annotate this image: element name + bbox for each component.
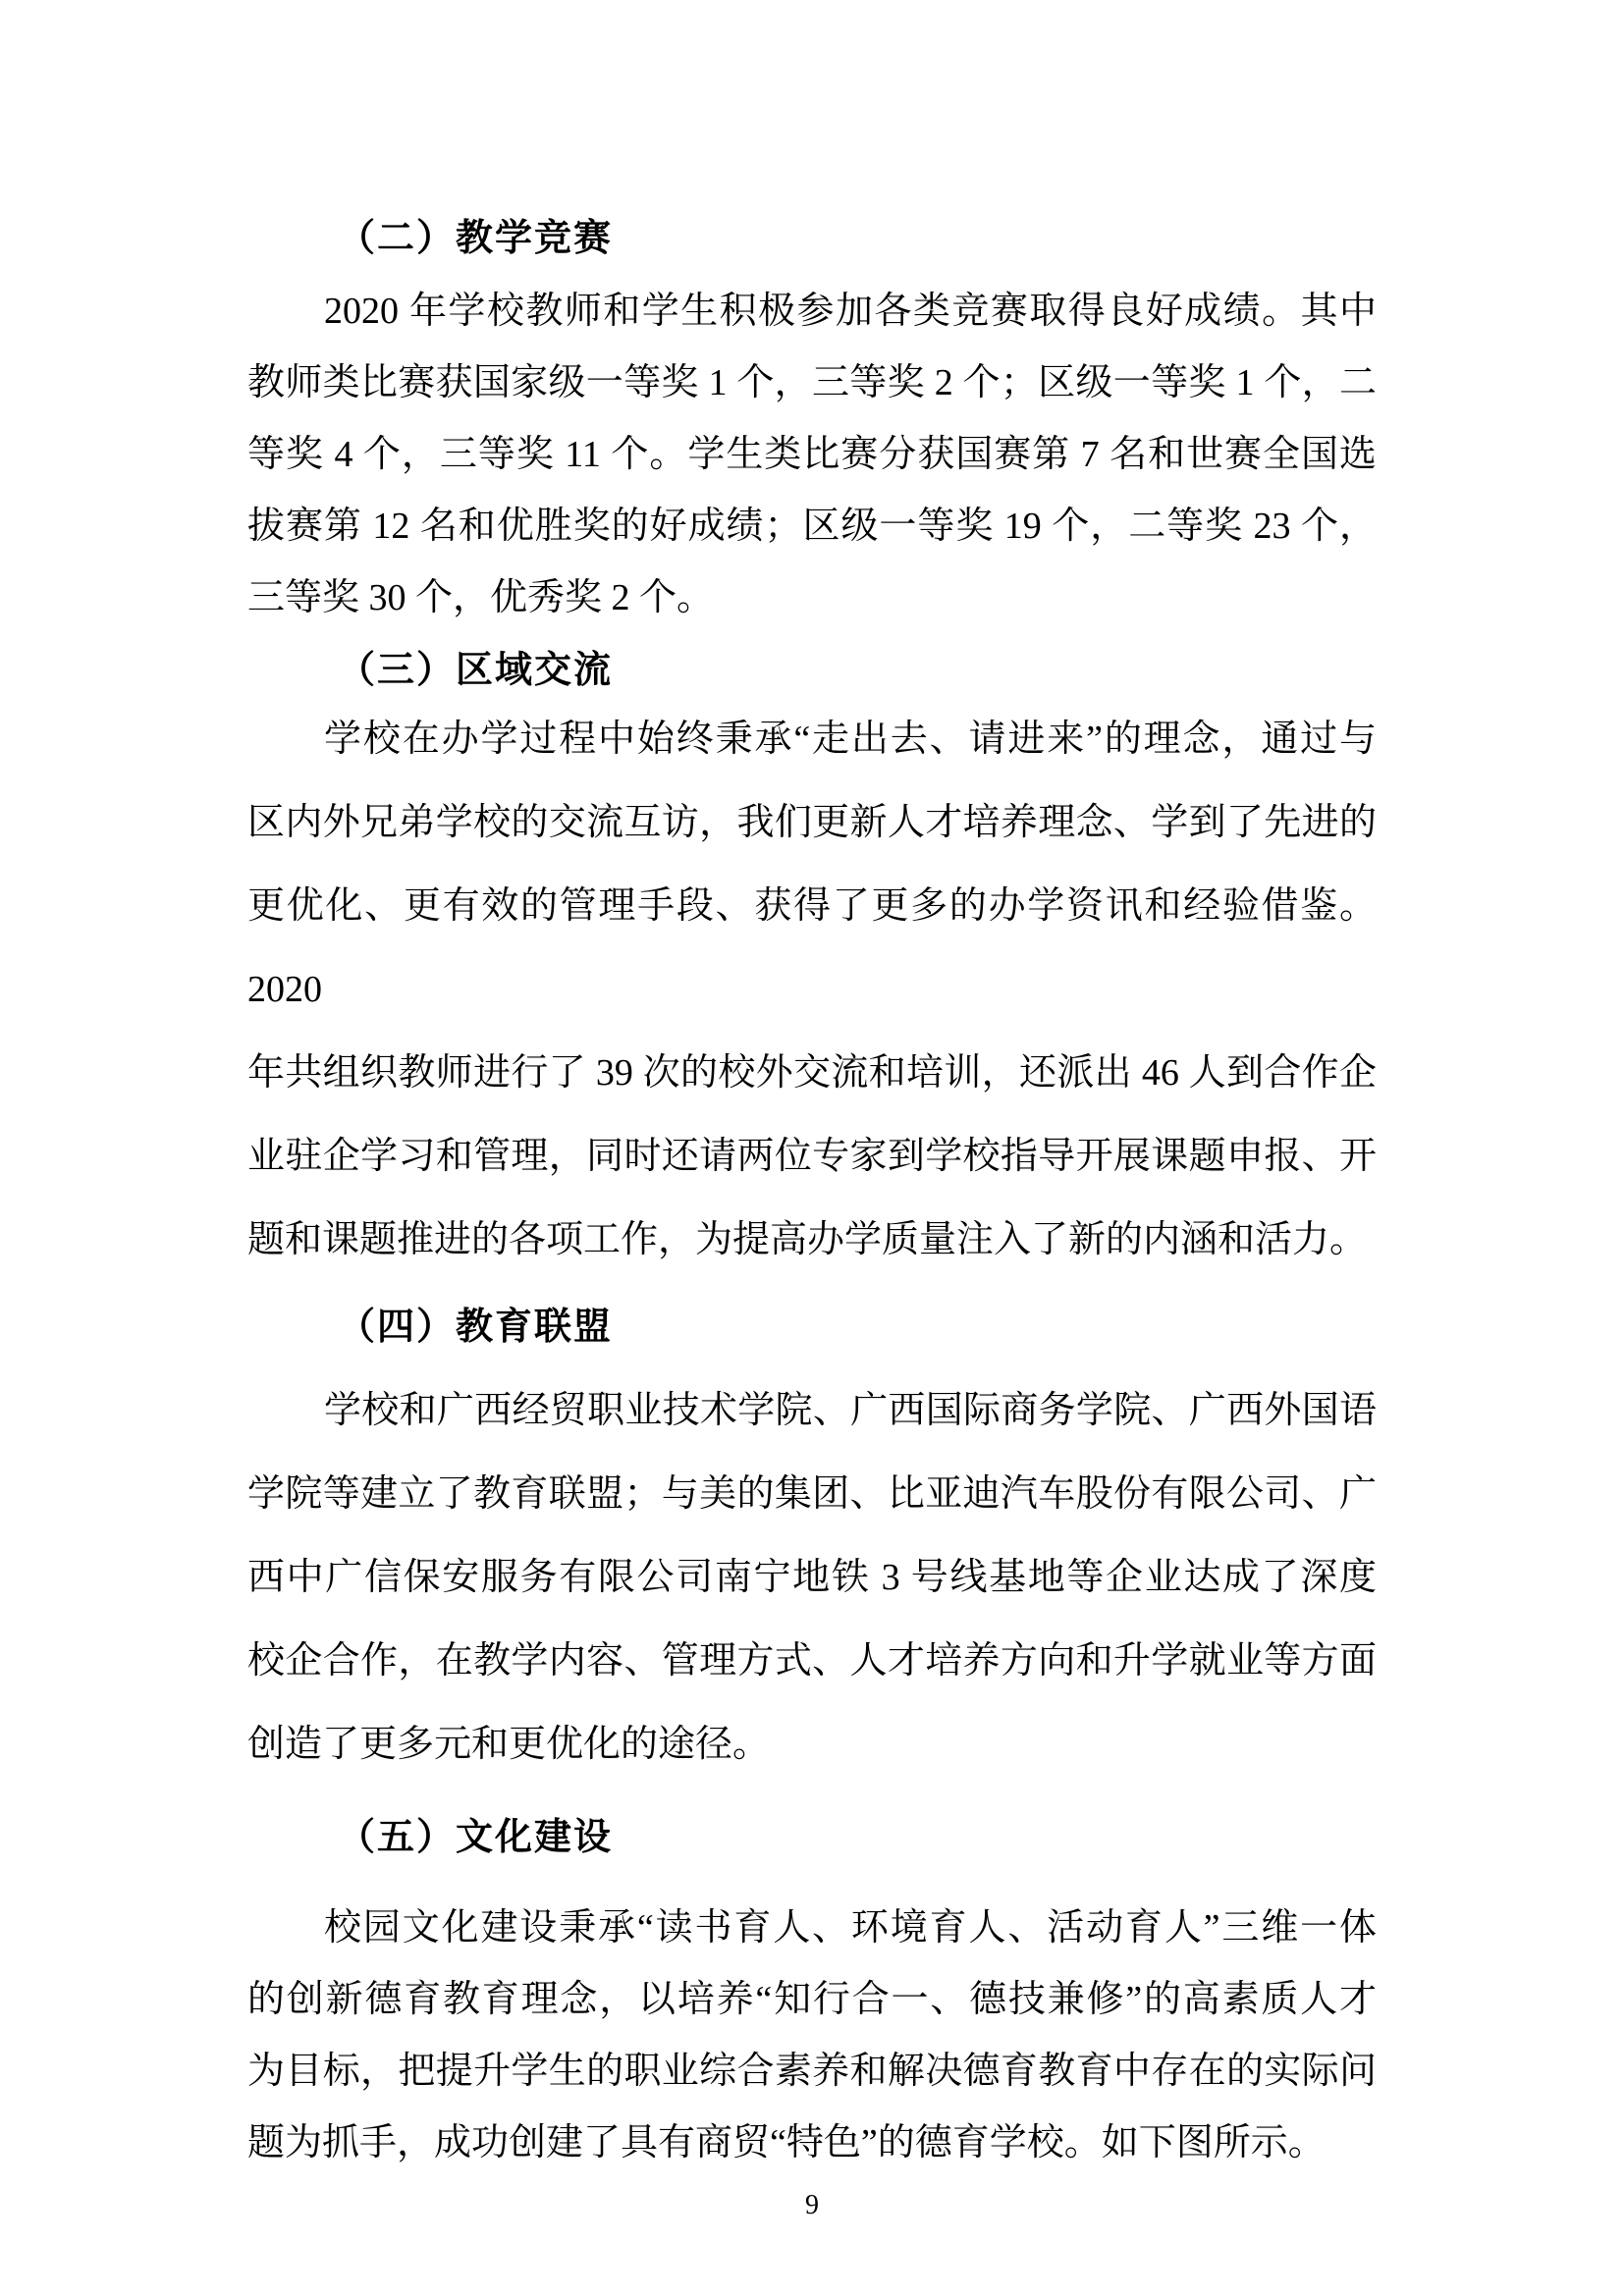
section: （二）教学竞赛2020 年学校教师和学生积极参加各类竞赛取得良好成绩。其中教师类… xyxy=(247,216,1377,634)
document-page: （二）教学竞赛2020 年学校教师和学生积极参加各类竞赛取得良好成绩。其中教师类… xyxy=(0,0,1624,2296)
paragraph-line: 创造了更多元和更优化的途径。 xyxy=(247,1703,1377,1787)
sections-container: （二）教学竞赛2020 年学校教师和学生积极参加各类竞赛取得良好成绩。其中教师类… xyxy=(247,216,1377,2179)
paragraph-line: 西中广信保安服务有限公司南宁地铁 3 号线基地等企业达成了深度 xyxy=(247,1536,1377,1620)
paragraph-line: 教师类比赛获国家级一等奖 1 个，三等奖 2 个；区级一等奖 1 个，二 xyxy=(247,347,1377,419)
section-heading: （五）文化建设 xyxy=(247,1815,1377,1860)
paragraph-line: 校企合作，在教学内容、管理方式、人才培养方向和升学就业等方面 xyxy=(247,1620,1377,1703)
paragraph-line: 三等奖 30 个，优秀奖 2 个。 xyxy=(247,562,1377,634)
paragraph: 学校在办学过程中始终秉承“走出去、请进来”的理念，通过与区内外兄弟学校的交流互访… xyxy=(247,698,1377,1282)
paragraph-line: 的创新德育教育理念，以培养“知行合一、德技兼修”的高素质人才 xyxy=(247,1964,1377,2036)
paragraph-line: 学校和广西经贸职业技术学院、广西国际商务学院、广西外国语 xyxy=(247,1369,1377,1453)
paragraph-line: 2020 年学校教师和学生积极参加各类竞赛取得良好成绩。其中 xyxy=(247,276,1377,347)
paragraph: 校园文化建设秉承“读书育人、环境育人、活动育人”三维一体的创新德育教育理念，以培… xyxy=(247,1893,1377,2179)
paragraph-line: 更优化、更有效的管理手段、获得了更多的办学资讯和经验借鉴。2020 xyxy=(247,865,1377,1032)
paragraph-line: 学校在办学过程中始终秉承“走出去、请进来”的理念，通过与 xyxy=(247,698,1377,781)
paragraph-line: 为目标，把提升学生的职业综合素养和解决德育教育中存在的实际问 xyxy=(247,2036,1377,2108)
paragraph: 学校和广西经贸职业技术学院、广西国际商务学院、广西外国语学院等建立了教育联盟；与… xyxy=(247,1369,1377,1787)
paragraph-line: 题和课题推进的各项工作，为提高办学质量注入了新的内涵和活力。 xyxy=(247,1199,1377,1282)
document-body: （二）教学竞赛2020 年学校教师和学生积极参加各类竞赛取得良好成绩。其中教师类… xyxy=(247,0,1377,2220)
paragraph-line: 区内外兄弟学校的交流互访，我们更新人才培养理念、学到了先进的 xyxy=(247,781,1377,865)
section-heading: （三）区域交流 xyxy=(247,648,1377,693)
paragraph-line: 学院等建立了教育联盟；与美的集团、比亚迪汽车股份有限公司、广 xyxy=(247,1453,1377,1536)
paragraph-line: 拔赛第 12 名和优胜奖的好成绩；区级一等奖 19 个，二等奖 23 个， xyxy=(247,491,1377,562)
section-heading: （二）教学竞赛 xyxy=(247,216,1377,261)
section: （三）区域交流学校在办学过程中始终秉承“走出去、请进来”的理念，通过与区内外兄弟… xyxy=(247,648,1377,1282)
section: （五）文化建设校园文化建设秉承“读书育人、环境育人、活动育人”三维一体的创新德育… xyxy=(247,1815,1377,2179)
section: （四）教育联盟学校和广西经贸职业技术学院、广西国际商务学院、广西外国语学院等建立… xyxy=(247,1305,1377,1787)
section-heading: （四）教育联盟 xyxy=(247,1305,1377,1350)
paragraph: 2020 年学校教师和学生积极参加各类竞赛取得良好成绩。其中教师类比赛获国家级一… xyxy=(247,276,1377,634)
paragraph-line: 业驻企学习和管理，同时还请两位专家到学校指导开展课题申报、开 xyxy=(247,1115,1377,1199)
paragraph-line: 等奖 4 个，三等奖 11 个。学生类比赛分获国赛第 7 名和世赛全国选 xyxy=(247,419,1377,491)
page-number: 9 xyxy=(247,2191,1377,2220)
paragraph-line: 年共组织教师进行了 39 次的校外交流和培训，还派出 46 人到合作企 xyxy=(247,1032,1377,1115)
paragraph-line: 校园文化建设秉承“读书育人、环境育人、活动育人”三维一体 xyxy=(247,1893,1377,1964)
paragraph-line: 题为抓手，成功创建了具有商贸“特色”的德育学校。如下图所示。 xyxy=(247,2108,1377,2179)
